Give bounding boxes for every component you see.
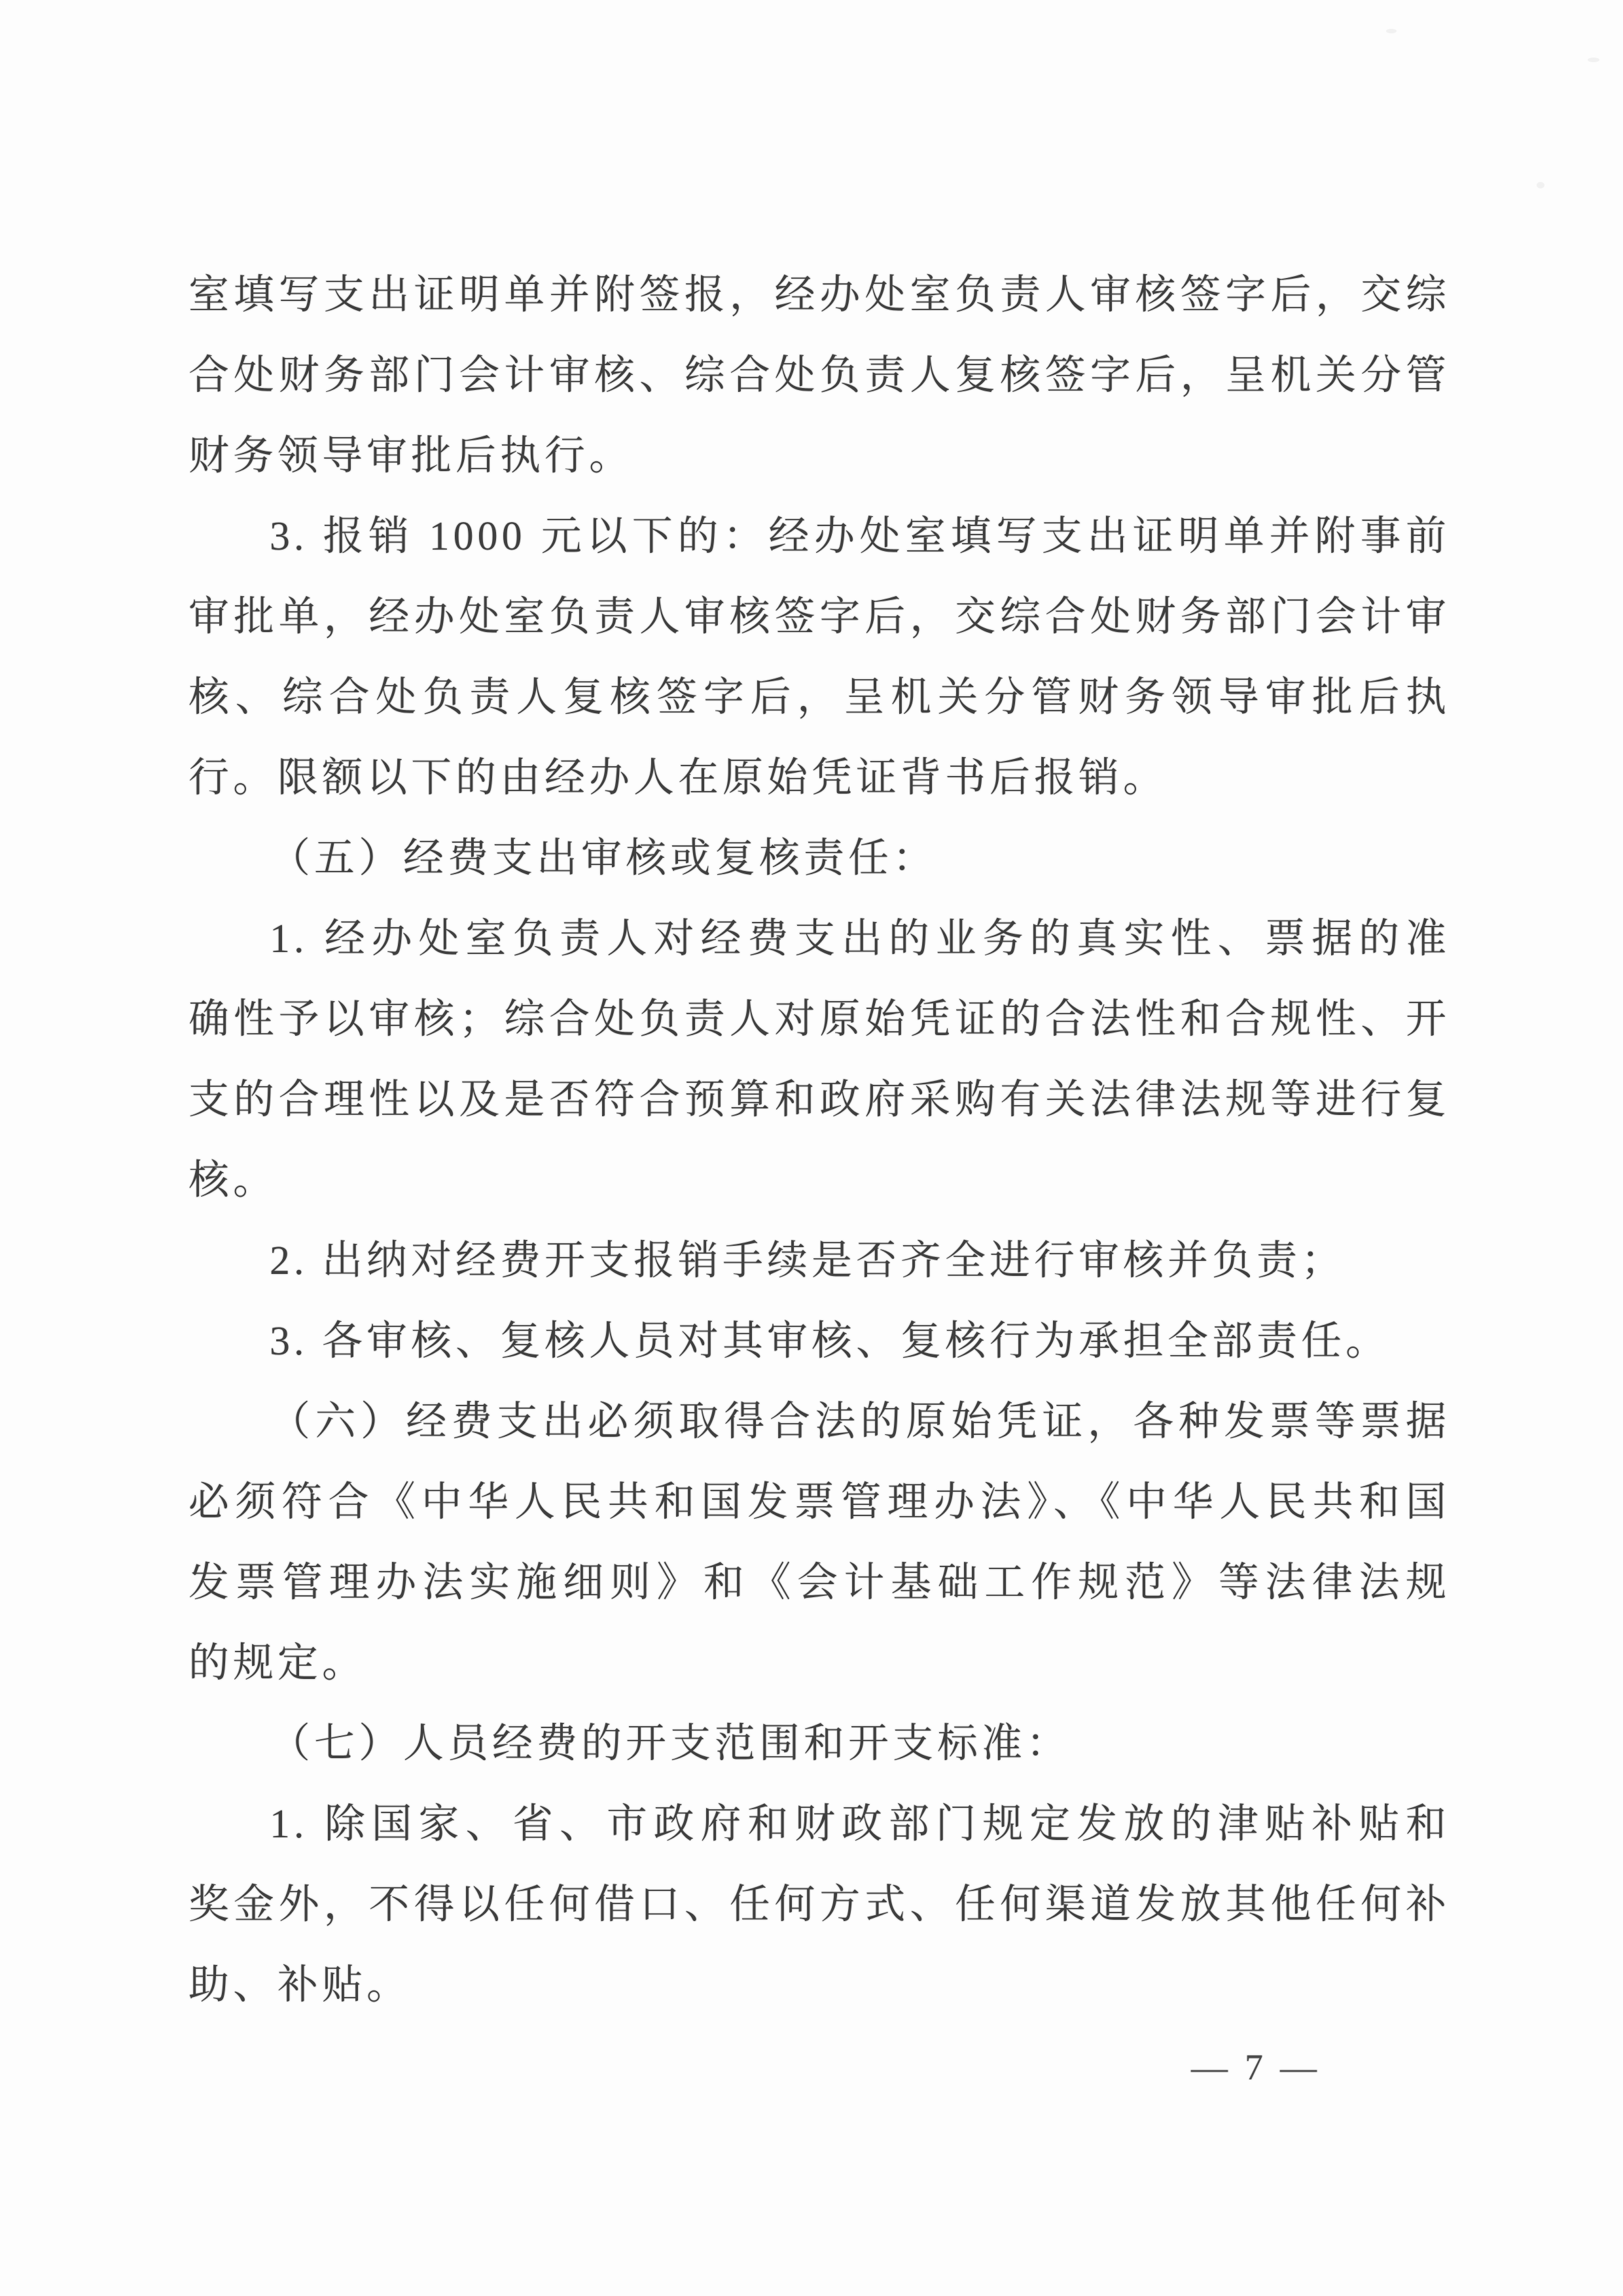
text-line-section-heading: （五）经费支出审核或复核责任： bbox=[188, 819, 1450, 899]
text-line: 支的合理性以及是否符合预算和政府采购有关法律法规等进行复 bbox=[188, 1060, 1450, 1140]
text-line: 1. 除国家、省、市政府和财政部门规定发放的津贴补贴和 bbox=[188, 1784, 1450, 1865]
text-line-section-heading: （七）人员经费的开支范围和开支标准： bbox=[188, 1704, 1450, 1784]
text-line: 2. 出纳对经费开支报销手续是否齐全进行审核并负责； bbox=[188, 1221, 1450, 1301]
page-footer: — 7 — bbox=[1191, 2047, 1321, 2089]
scanned-document-page: 室填写支出证明单并附签报，经办处室负责人审核签字后，交综 合处财务部门会计审核、… bbox=[0, 0, 1623, 2296]
text-line: 助、补贴。 bbox=[188, 1945, 1450, 2026]
text-line: 核、综合处负责人复核签字后，呈机关分管财务领导审批后执 bbox=[188, 658, 1450, 738]
text-line: 合处财务部门会计审核、综合处负责人复核签字后，呈机关分管 bbox=[188, 336, 1450, 416]
scan-artifact-speck bbox=[1588, 58, 1599, 62]
page-number: — 7 — bbox=[1191, 2047, 1321, 2088]
text-line: 3. 各审核、复核人员对其审核、复核行为承担全部责任。 bbox=[188, 1301, 1450, 1382]
text-line: 确性予以审核；综合处负责人对原始凭证的合法性和合规性、开 bbox=[188, 980, 1450, 1060]
text-line: 必须符合《中华人民共和国发票管理办法》、《中华人民共和国 bbox=[188, 1462, 1450, 1543]
text-line: 审批单，经办处室负责人审核签字后，交综合处财务部门会计审 bbox=[188, 577, 1450, 658]
text-line: 核。 bbox=[188, 1140, 1450, 1221]
scan-artifact-speck bbox=[1537, 182, 1544, 188]
text-line: 发票管理办法实施细则》和《会计基础工作规范》等法律法规 bbox=[188, 1543, 1450, 1623]
text-line: 财务领导审批后执行。 bbox=[188, 416, 1450, 497]
document-body: 室填写支出证明单并附签报，经办处室负责人审核签字后，交综 合处财务部门会计审核、… bbox=[188, 255, 1450, 2026]
text-line: 奖金外，不得以任何借口、任何方式、任何渠道发放其他任何补 bbox=[188, 1865, 1450, 1945]
text-line: 3. 报销 1000 元以下的：经办处室填写支出证明单并附事前 bbox=[188, 497, 1450, 577]
scan-artifact-speck bbox=[1386, 29, 1397, 33]
text-line: 1. 经办处室负责人对经费支出的业务的真实性、票据的准 bbox=[188, 899, 1450, 980]
text-line: 行。限额以下的由经办人在原始凭证背书后报销。 bbox=[188, 738, 1450, 819]
text-line: 的规定。 bbox=[188, 1623, 1450, 1704]
text-line: 室填写支出证明单并附签报，经办处室负责人审核签字后，交综 bbox=[188, 255, 1450, 336]
text-line-section-heading: （六）经费支出必须取得合法的原始凭证，各种发票等票据 bbox=[188, 1382, 1450, 1462]
